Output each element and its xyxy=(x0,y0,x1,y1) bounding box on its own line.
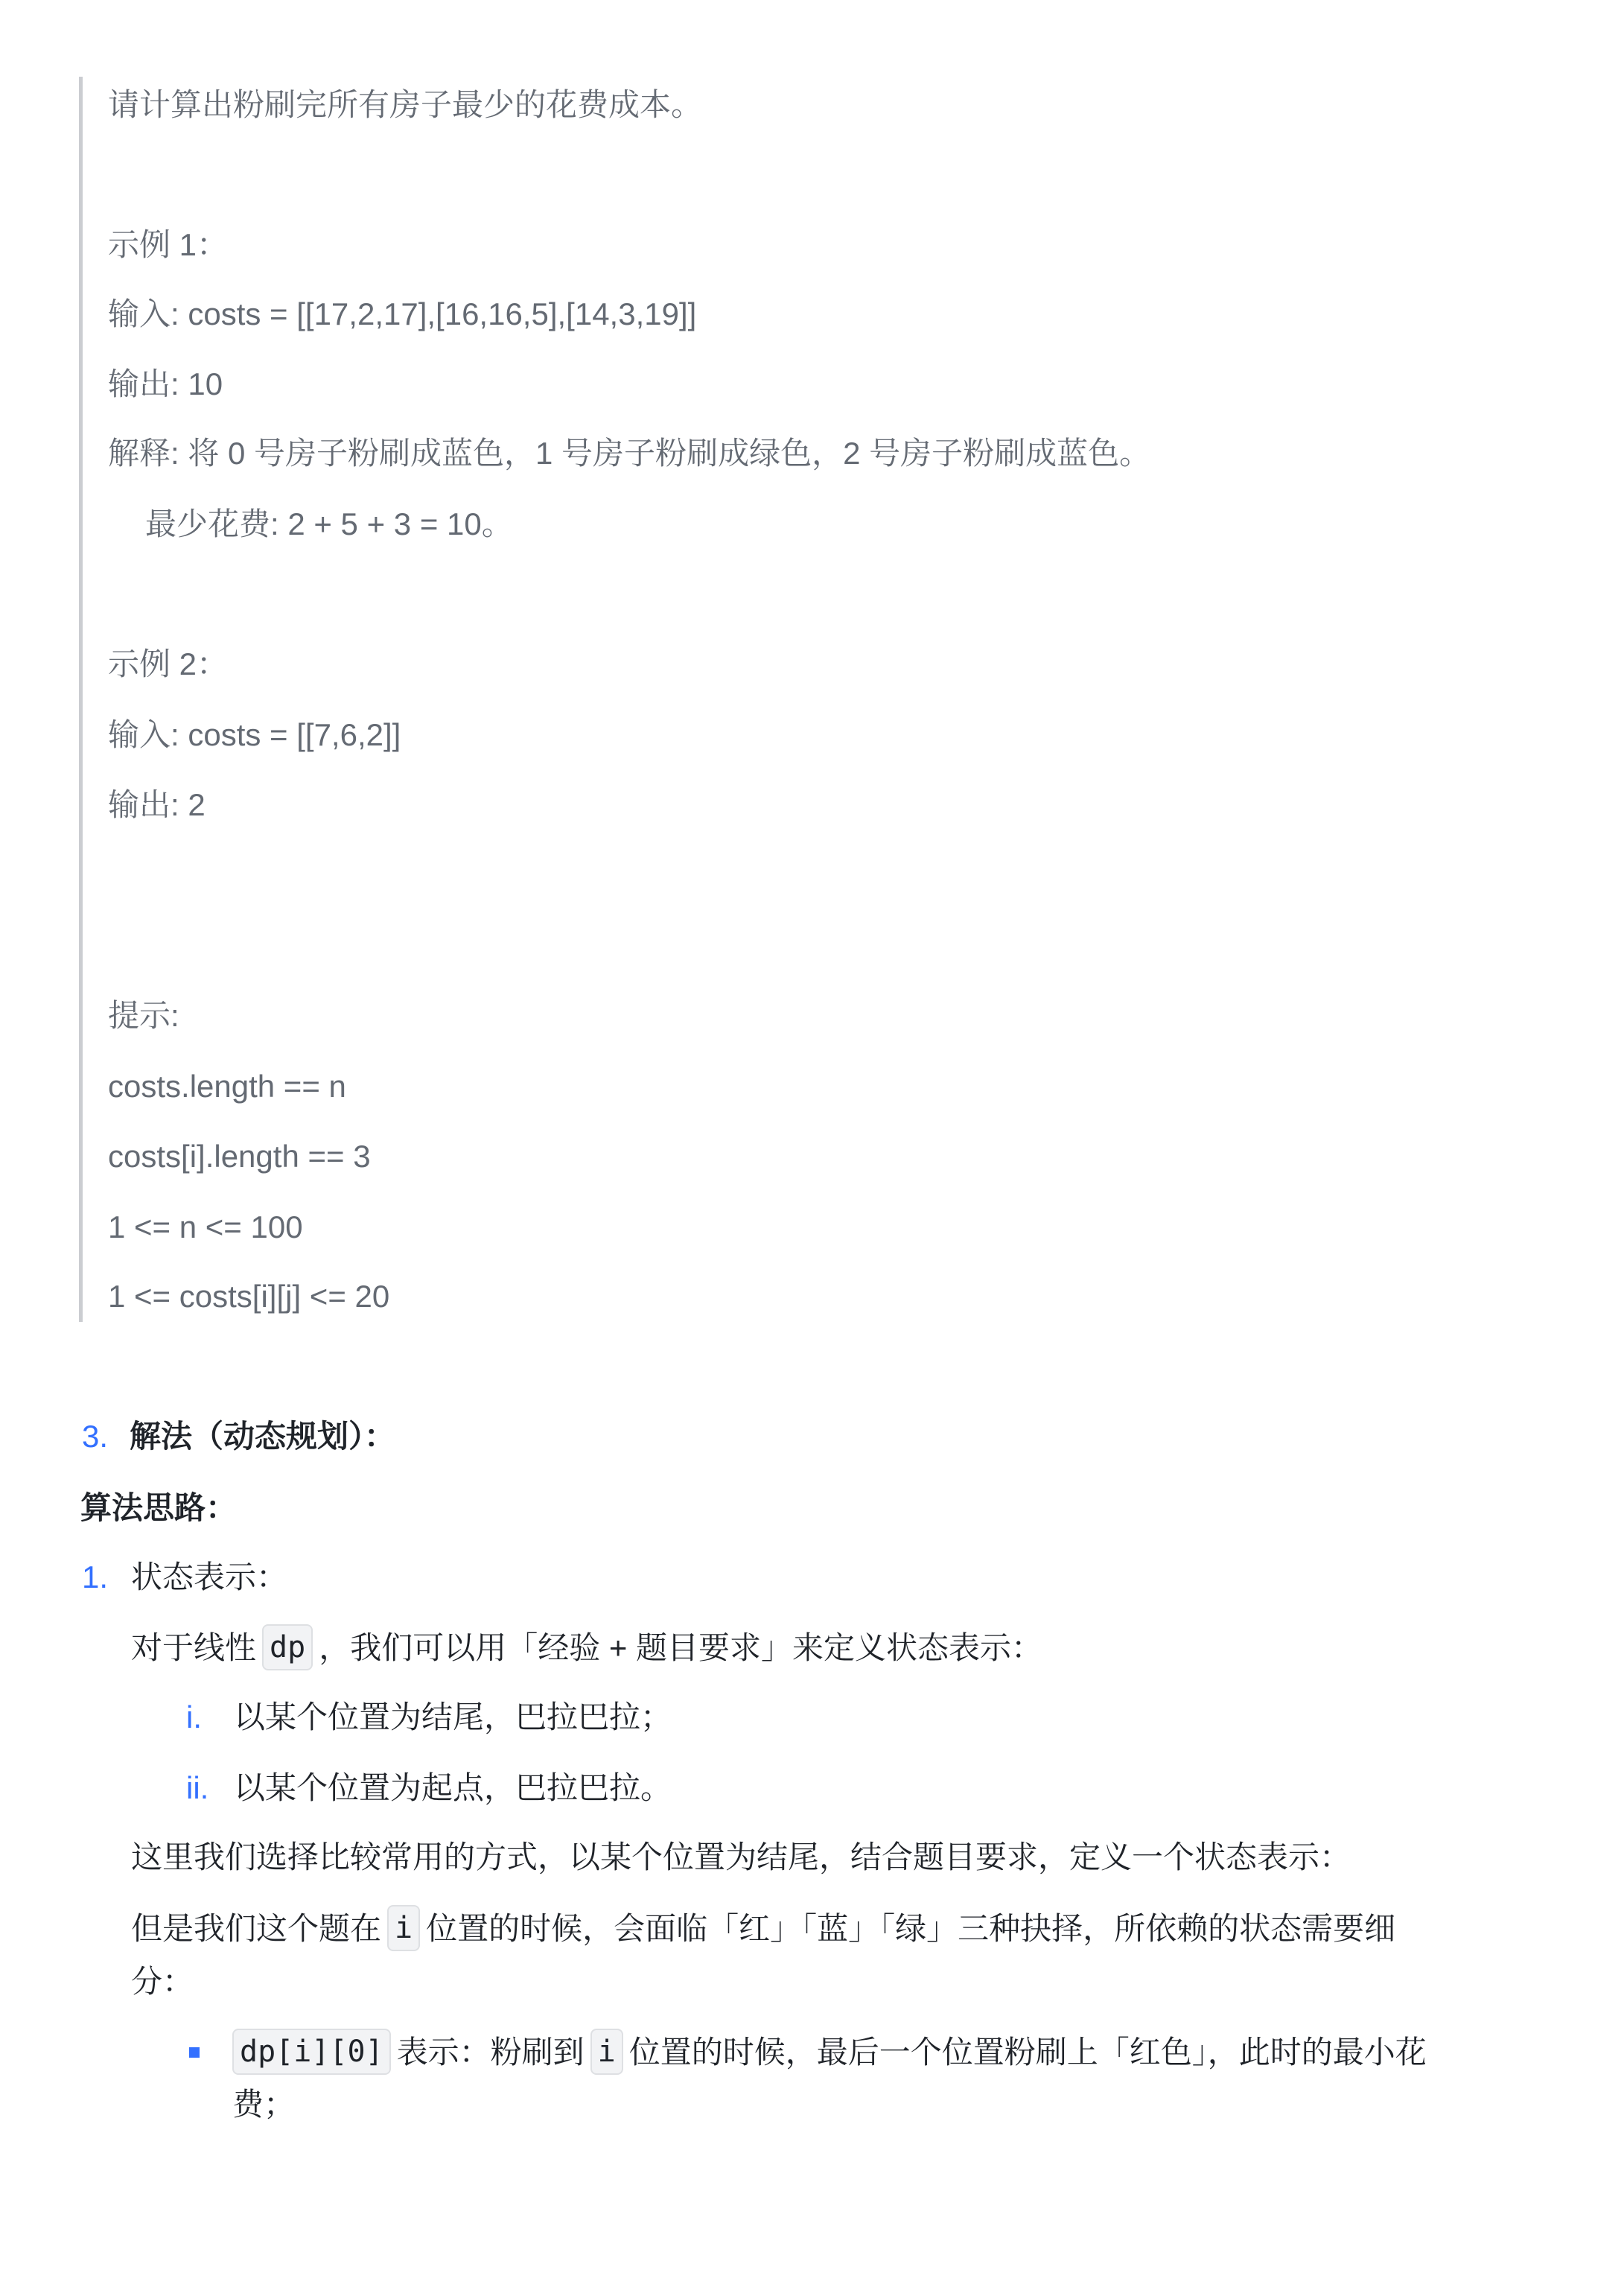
example-1-input: 输入: costs = [[17,2,17],[16,16,5],[14,3,1… xyxy=(108,292,696,337)
roman-item-text: 以某个位置为起点，巴拉巴拉。 xyxy=(234,1770,672,1805)
text: 但是我们这个题在 xyxy=(131,1911,381,1946)
constraint-1: costs.length == n xyxy=(108,1064,346,1109)
constraint-3: 1 <= n <= 100 xyxy=(108,1205,303,1250)
constraint-2: costs[i].length == 3 xyxy=(108,1134,371,1179)
text: 位置的时候，会面临「红」「蓝」「绿」三种抉择，所依赖的状态需要细 xyxy=(426,1911,1395,1946)
inline-code-i: i xyxy=(387,1905,420,1951)
text: 表示：粉刷到 xyxy=(397,2035,585,2070)
roman-marker: i. xyxy=(186,1695,234,1740)
section-heading: 3.解法（动态规划）： xyxy=(82,1414,395,1459)
example-1-output: 输出: 10 xyxy=(108,362,223,407)
text: ，我们可以用「经验 + 题目要求」来定义状态表示： xyxy=(319,1630,1042,1665)
step-number: 1. xyxy=(82,1555,131,1600)
example-2-input: 输入: costs = [[7,6,2]] xyxy=(108,713,401,757)
paragraph-three-choices: 但是我们这个题在i位置的时候，会面临「红」「蓝」「绿」三种抉择，所依赖的状态需要… xyxy=(131,1907,1395,1951)
algorithm-subheading: 算法思路： xyxy=(80,1486,237,1530)
roman-item-2: ii.以某个位置为起点，巴拉巴拉。 xyxy=(186,1766,672,1810)
section-title: 解法（动态规划）： xyxy=(130,1419,395,1454)
blockquote-bar xyxy=(79,77,83,1322)
bullet-dp-i-0: dp[i][0]表示：粉刷到i位置的时候，最后一个位置粉刷上「红色」，此时的最小… xyxy=(232,2030,1427,2075)
example-1-min-cost: 最少花费: 2 + 5 + 3 = 10。 xyxy=(145,502,513,547)
step-1: 1.状态表示： xyxy=(82,1555,287,1600)
step-1-label: 状态表示： xyxy=(131,1559,287,1594)
paragraph-three-choices-cont: 分： xyxy=(131,1959,194,2004)
example-1-explanation: 解释: 将 0 号房子粉刷成蓝色，1 号房子粉刷成绿色，2 号房子粉刷成蓝色。 xyxy=(108,431,1150,476)
problem-statement: 请计算出粉刷完所有房子最少的花费成本。 xyxy=(108,83,702,127)
text: 位置的时候，最后一个位置粉刷上「红色」，此时的最小花 xyxy=(629,2035,1427,2070)
roman-item-1: i.以某个位置为结尾，巴拉巴拉； xyxy=(186,1695,672,1740)
bullet-dp-i-0-cont: 费； xyxy=(232,2082,295,2127)
hints-label: 提示: xyxy=(108,993,179,1038)
paragraph-linear-dp: 对于线性dp，我们可以用「经验 + 题目要求」来定义状态表示： xyxy=(131,1626,1042,1670)
inline-code-dp: dp xyxy=(262,1624,313,1670)
constraint-4: 1 <= costs[i][j] <= 20 xyxy=(108,1274,389,1319)
roman-marker: ii. xyxy=(186,1766,234,1810)
inline-code-i: i xyxy=(590,2029,623,2075)
inline-code-dp-i-0: dp[i][0] xyxy=(232,2029,391,2075)
section-number: 3. xyxy=(82,1414,130,1459)
example-2-output: 输出: 2 xyxy=(108,783,206,827)
example-1-label: 示例 1： xyxy=(108,223,228,267)
roman-item-text: 以某个位置为结尾，巴拉巴拉； xyxy=(234,1699,672,1734)
example-2-label: 示例 2： xyxy=(108,642,228,687)
paragraph-choice: 这里我们选择比较常用的方式，以某个位置为结尾，结合题目要求，定义一个状态表示： xyxy=(131,1835,1351,1880)
square-bullet-icon xyxy=(189,2047,200,2058)
text: 对于线性 xyxy=(131,1630,256,1665)
